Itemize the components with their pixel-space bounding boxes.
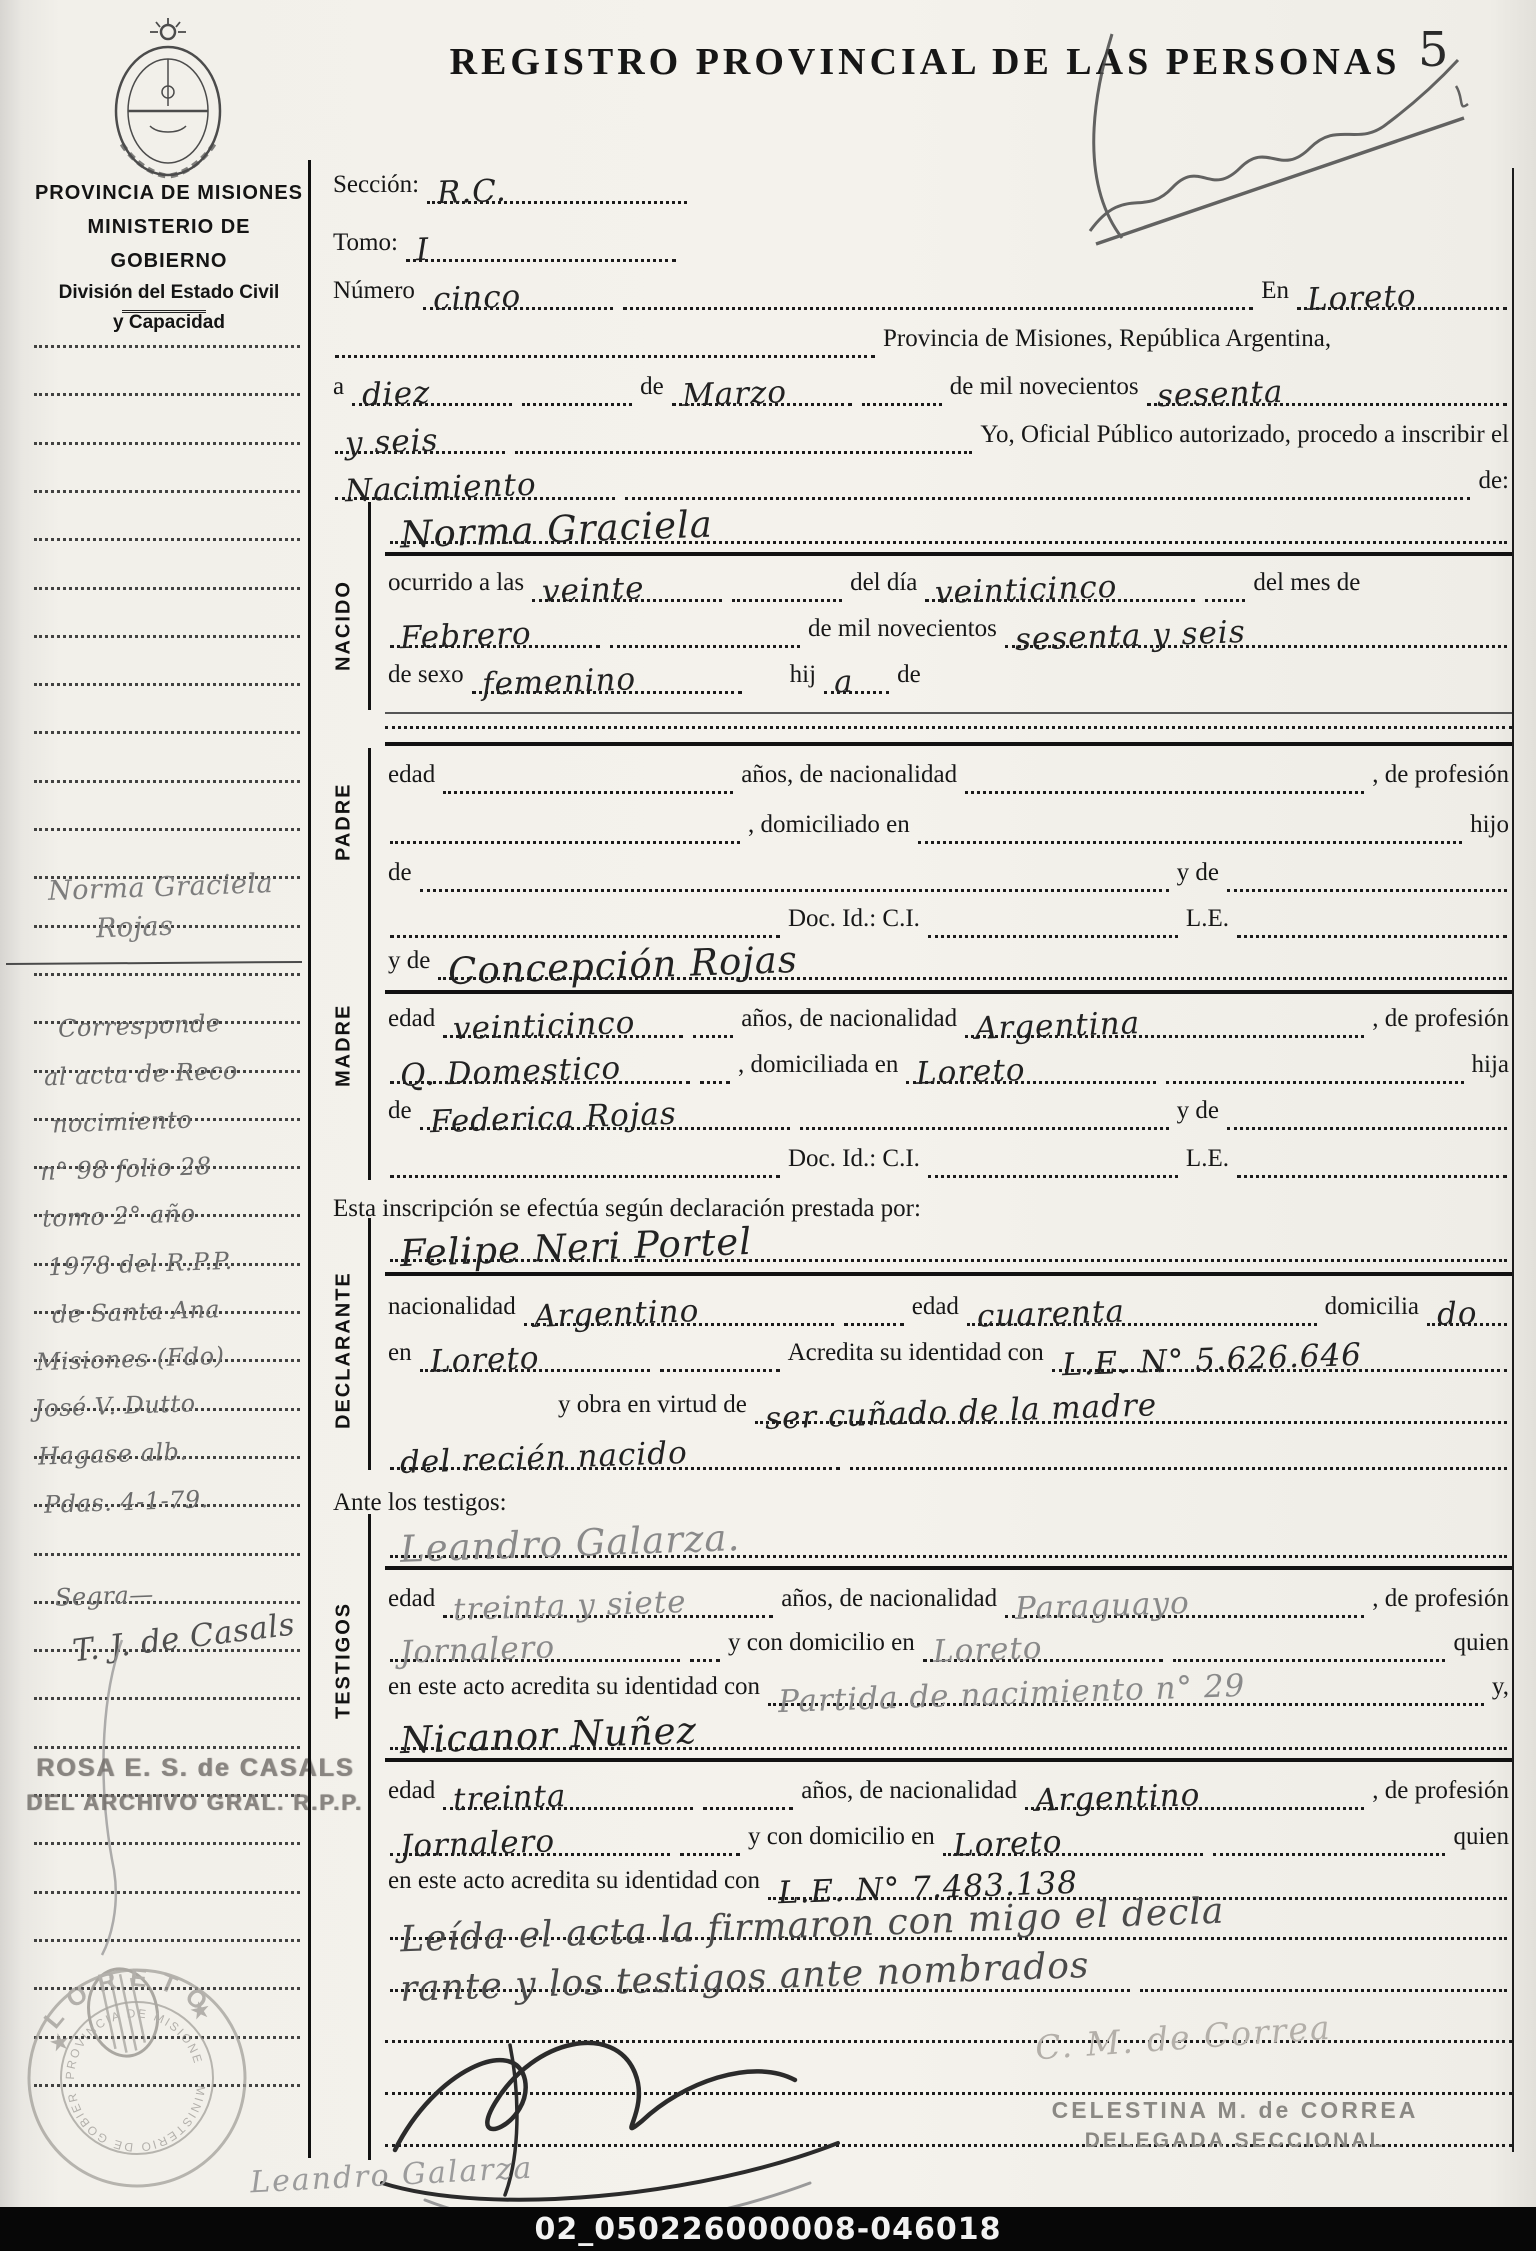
tomo-field: I [406, 228, 676, 262]
numero-field: cinco [423, 276, 613, 310]
section-label-padre: PADRE [326, 752, 362, 892]
row-madre-nombre: y de Concepción Rojas [385, 938, 1512, 980]
margin-note: Segra— [55, 1580, 155, 1611]
dotted-leader [680, 1851, 740, 1856]
row-testigo2-domicilio: Jornalero y con domicilio en Loreto quie… [385, 1814, 1512, 1856]
scanned-birth-certificate: REGISTRO PROVINCIAL DE LAS PERSONAS 5 PR… [0, 0, 1536, 2251]
testigo1-doc-field: Partida de nacimiento n° 29 [768, 1672, 1484, 1706]
edad-label: edad [385, 762, 438, 788]
archive-stamp-line: ROSA E. S. de CASALS [36, 1754, 354, 1783]
nacionalidad-label: años, de nacionalidad [738, 1006, 960, 1032]
row-cierre1: Leída el acta la firmaron con migo el de… [385, 1898, 1512, 1940]
dotted-leader [1166, 1079, 1463, 1084]
acredita-label: Acredita su identidad con [785, 1340, 1047, 1366]
row-padre-doc: Doc. Id.: C.I. L.E. [385, 896, 1512, 938]
hij-field: a [824, 660, 889, 694]
row-nombre-nacido: Norma Graciela [385, 502, 1512, 544]
le-label: L.E. [1183, 1146, 1232, 1172]
row-padre-edad: edad años, de nacionalidad , de profesió… [385, 752, 1512, 794]
margin-ruled-line [34, 442, 300, 445]
divider [122, 310, 206, 313]
margin-ruled-line [34, 490, 300, 493]
nombre-field: Norma Graciela [390, 504, 1507, 544]
acto-field: Nacimiento [335, 466, 615, 500]
svg-text:PROVINCIA DE MISIONES: PROVINCIA DE MISIONES [0, 1923, 206, 2108]
dotted-leader [1213, 1851, 1446, 1856]
org-line: MINISTERIO DE GOBIERNO [26, 210, 312, 278]
dotted-leader [515, 449, 972, 454]
section-bracket [368, 1218, 371, 1470]
domicilio-label: , domiciliado en [745, 812, 913, 838]
testigo2-domicilio-field: Loreto [943, 1822, 1203, 1856]
testigo2-nombre-field: Nicanor Nuñez [390, 1710, 1507, 1750]
dotted-leader [610, 643, 800, 648]
nombre-nacido: Norma Graciela [399, 506, 713, 554]
madre-edad-field: veinticinco [443, 1004, 683, 1038]
numero-label: Número [330, 278, 418, 304]
testigo2-profesion-field: Jornalero [390, 1822, 670, 1856]
dia-value: diez [362, 378, 431, 411]
margin-ruled-lines [34, 345, 300, 2135]
mes-value: Marzo [681, 377, 787, 412]
virtud2-field: del recién nacido [390, 1436, 840, 1470]
dotted-leader [1237, 1173, 1507, 1178]
row-padre-domicilio: , domiciliado en hijo [385, 802, 1512, 844]
row-fecha: a diez de Marzo de mil novecientos sesen… [330, 364, 1512, 406]
heavy-rule [385, 742, 1512, 746]
doc-label: Doc. Id.: C.I. [785, 906, 923, 932]
scan-code-bar: 02_050226000008-046018 [0, 2207, 1536, 2251]
anio-nac-value: sesenta y seis [1014, 617, 1246, 656]
declarante-nacionalidad-field: Argentino [524, 1292, 834, 1326]
row-provincia: Provincia de Misiones, República Argenti… [330, 316, 1512, 358]
testigo2-nacionalidad-field: Argentino [1025, 1776, 1364, 1810]
row-testigo2-doc: en este acto acredita su identidad con L… [385, 1858, 1512, 1900]
abuela-field: Federica Rojas [420, 1096, 790, 1130]
dotted-leader [928, 1173, 1178, 1178]
margin-note: José V. Dutto [34, 1389, 196, 1423]
hora-value: veinte [542, 573, 646, 608]
margin-note: Hagase alb. [38, 1437, 188, 1470]
domicilia-sufijo: do [1436, 1298, 1478, 1330]
domicilio-label: , domiciliada en [735, 1052, 901, 1078]
virtud-field: ser cuñado de la madre [755, 1390, 1507, 1424]
nacionalidad-label: nacionalidad [385, 1294, 519, 1320]
en-label: en [385, 1340, 415, 1366]
nacionalidad-label: años, de nacionalidad [778, 1586, 1000, 1612]
edad-label: edad [385, 1778, 438, 1804]
row-madre-edad: edad veinticinco años, de nacionalidad A… [385, 996, 1512, 1038]
dotted-leader [623, 305, 1253, 310]
domicilia-sufijo-field: do [1427, 1292, 1507, 1326]
margin-ruled-line [34, 345, 300, 348]
declarante-nombre: Felipe Neri Portel [399, 1223, 752, 1272]
margin-ruled-line [34, 1746, 300, 1749]
dotted-leader [443, 789, 733, 794]
dotted-leader [390, 1173, 780, 1178]
nacionalidad-label: años, de nacionalidad [798, 1778, 1020, 1804]
dotted-leader [1173, 1657, 1446, 1662]
section-label-nacido: NACIDO [326, 556, 362, 696]
y-de-label: y de [1174, 1098, 1222, 1124]
virtud-label: y obra en virtud de [555, 1392, 750, 1418]
testigo1-edad-field: treinta y siete [443, 1584, 773, 1618]
lugar-field: Loreto [1297, 276, 1507, 310]
testigo2-edad: treinta [453, 1781, 567, 1816]
seccion-label: Sección: [330, 172, 422, 198]
issuing-office-block: PROVINCIA DE MISIONES MINISTERIO DE GOBI… [26, 176, 312, 338]
cierre1-field: Leída el acta la firmaron con migo el de… [390, 1901, 1507, 1940]
dotted-leader [335, 353, 875, 358]
row-declarante-datos: nacionalidad Argentino edad cuarenta dom… [385, 1284, 1512, 1326]
dotted-leader [965, 789, 1364, 794]
dotted-leader [800, 1125, 1169, 1130]
margin-note: Corresponde [58, 1009, 222, 1043]
margin-ruled-line [34, 1939, 300, 1942]
margin-ruled-line [34, 731, 300, 734]
margin-note: Pdas. 4-1-79. [44, 1485, 210, 1519]
madre-nacionalidad-field: Argentina [965, 1004, 1364, 1038]
row-testigo2-nombre: Nicanor Nuñez [385, 1708, 1512, 1750]
margin-note: nocimiento [52, 1106, 193, 1139]
section-label-declarante: DECLARANTE [326, 1240, 362, 1460]
hijo-label: hijo [1467, 812, 1512, 838]
official-round-seal: ★ ★ LORETO PROVINCIA DE MISIONES MINISTE… [0, 1945, 280, 2225]
margin-ruled-line [34, 587, 300, 590]
dotted-leader [862, 401, 942, 406]
testigo2-domicilio: Loreto [952, 1827, 1063, 1862]
madre-nombre: Concepción Rojas [448, 941, 799, 990]
provincia-text: Provincia de Misiones, República Argenti… [880, 326, 1334, 352]
form-right-border [1512, 168, 1514, 2152]
declarante-edad: cuarenta [976, 1296, 1125, 1332]
acto-label: en este acto acredita su identidad con [385, 1674, 763, 1700]
dotted-leader [850, 1465, 1507, 1470]
heavy-rule [385, 1272, 1512, 1276]
margin-note: tomo 2° año [42, 1199, 196, 1232]
dotted-leader [660, 1367, 780, 1372]
divider [385, 726, 1512, 729]
margin-ruled-line [34, 393, 300, 396]
doc-label: Doc. Id.: C.I. [785, 1146, 923, 1172]
row-padre-abuelos: de y de [385, 850, 1512, 892]
edad-label: edad [385, 1586, 438, 1612]
row-virtud2: del recién nacido [385, 1428, 1512, 1470]
madre-nombre-field: Concepción Rojas [438, 940, 1507, 980]
row-madre-doc: Doc. Id.: C.I. L.E. [385, 1136, 1512, 1178]
section-label-madre: MADRE [326, 960, 362, 1130]
anio2-value: y seis [344, 425, 438, 459]
testigo1-nombre: Leandro Galarza. [399, 1519, 740, 1568]
dotted-leader [918, 839, 1462, 844]
heavy-rule [385, 552, 1512, 556]
margin-ruled-line [34, 1891, 300, 1894]
section-bracket [368, 748, 371, 938]
row-testigo1-datos: edad treinta y siete años, de nacionalid… [385, 1576, 1512, 1618]
margin-ruled-line [34, 973, 300, 976]
anio2-field: y seis [335, 420, 505, 454]
heavy-rule [385, 1758, 1512, 1762]
testigo1-nombre-field: Leandro Galarza. [390, 1518, 1507, 1558]
domicilia-label: domicilia [1322, 1294, 1422, 1320]
dia-nac-value: veinticinco [935, 572, 1118, 609]
anio-field: sesenta [1147, 372, 1507, 406]
declarante-documento: L.E. N° 5.626.646 [1061, 1340, 1362, 1381]
lugar-value: Loreto [1306, 281, 1417, 316]
ocurrido-label: ocurrido a las [385, 570, 527, 596]
row-nacimiento-mes: Febrero de mil novecientos sesenta y sei… [385, 606, 1512, 648]
row-virtud: y obra en virtud de ser cuñado de la mad… [385, 1382, 1512, 1424]
numero-value: cinco [432, 281, 521, 315]
row-acto: Nacimiento de: [330, 458, 1512, 500]
sexo-value: femenino [481, 664, 636, 700]
dotted-leader [1227, 887, 1507, 892]
seal-text: PROVINCIA DE MISIONES [0, 1923, 206, 2108]
row-anio2: y seis Yo, Oficial Público autorizado, p… [330, 412, 1512, 454]
hij-sufijo: a [834, 667, 855, 699]
y-de-label: y de [1174, 860, 1222, 886]
heavy-rule [385, 1566, 1512, 1570]
le-label: L.E. [1183, 906, 1232, 932]
margin-ruled-line [34, 1553, 300, 1556]
madre-edad: veinticinco [453, 1008, 636, 1045]
edad-label: edad [909, 1294, 962, 1320]
testigo2-edad-field: treinta [443, 1776, 693, 1810]
profesion-label: , de profesión [1369, 1006, 1512, 1032]
tomo-value: I [415, 235, 429, 266]
testigo2-nacionalidad: Argentino [1035, 1780, 1201, 1817]
madre-nacionalidad: Argentina [975, 1008, 1141, 1045]
hij-label: hij [787, 662, 819, 688]
mes-nac-value: Febrero [399, 619, 532, 655]
row-madre-domicilio: Q. Domestico , domiciliada en Loreto hij… [385, 1042, 1512, 1084]
row-declarante-domicilio: en Loreto Acredita su identidad con L.E.… [385, 1330, 1512, 1372]
dotted-leader [1140, 1987, 1507, 1992]
profesion-label: , de profesión [1369, 1586, 1512, 1612]
section-label-testigos: TESTIGOS [326, 1560, 362, 1760]
seccion-value: R.C. [437, 176, 508, 209]
quien-label: quien [1450, 1824, 1512, 1850]
stamp-name: CELESTINA M. de CORREA [1020, 2094, 1450, 2126]
declarante-domicilio-field: Loreto [420, 1338, 650, 1372]
dotted-leader [703, 1805, 793, 1810]
dotted-leader [844, 1321, 904, 1326]
abuela-nombre: Federica Rojas [429, 1099, 677, 1139]
domicilio-label: y con domicilio en [745, 1824, 938, 1850]
row-testigo1-domicilio: Jornalero y con domicilio en Loreto quie… [385, 1620, 1512, 1662]
margin-ruled-line [34, 683, 300, 686]
y-de-label: y de [385, 948, 433, 974]
del-dia-label: del día [847, 570, 920, 596]
sexo-field: femenino [472, 660, 742, 694]
testigo1-domicilio-field: Loreto [923, 1628, 1163, 1662]
nacionalidad-label: años, de nacionalidad [738, 762, 960, 788]
dotted-leader [690, 1657, 720, 1662]
form-left-border [308, 160, 311, 2158]
testigo2-nombre: Nicanor Nuñez [399, 1712, 697, 1759]
mil-label: de mil novecientos [947, 374, 1142, 400]
dotted-leader [700, 1079, 730, 1084]
margin-note: de Santa Ana [52, 1295, 221, 1329]
section-bracket [368, 502, 371, 710]
a-label: a [330, 374, 347, 400]
declarante-nacionalidad: Argentino [533, 1296, 699, 1333]
seccion-field: R.C. [427, 170, 687, 204]
testigo1-domicilio: Loreto [932, 1633, 1043, 1668]
anio-nac-field: sesenta y seis [1005, 614, 1507, 648]
declarante-edad-field: cuarenta [967, 1292, 1317, 1326]
margin-ruled-line [34, 635, 300, 638]
profesion-label: , de profesión [1369, 1778, 1512, 1804]
dotted-leader [732, 597, 842, 602]
de-label: de [385, 1098, 415, 1124]
row-seccion: Sección: R.C. [330, 162, 1512, 204]
madre-domicilio: Loreto [916, 1055, 1027, 1090]
scan-code: 02_050226000008-046018 [535, 2212, 1002, 2247]
row-testigo1-doc: en este acto acredita su identidad con P… [385, 1664, 1512, 1706]
dia-nac-field: veinticinco [925, 568, 1195, 602]
margin-ruled-line [34, 538, 300, 541]
margin-ruled-line [34, 1842, 300, 1845]
de-label: de [385, 860, 415, 886]
madre-profesion: Q. Domestico [400, 1053, 622, 1092]
declarante-doc-field: L.E. N° 5.626.646 [1052, 1338, 1507, 1372]
org-line: División del Estado Civil [26, 278, 312, 308]
de-final-label: de: [1475, 468, 1512, 494]
heavy-rule [385, 990, 1512, 994]
mes-field: Marzo [672, 372, 852, 406]
row-numero: Número cinco En Loreto [330, 268, 1512, 310]
dotted-leader [420, 887, 1169, 892]
testigo1-profesion-field: Jornalero [390, 1628, 680, 1662]
cierre-linea1: Leída el acta la firmaron con migo el de… [400, 1894, 1225, 1959]
margin-note: n° 98 folio 28 [40, 1152, 212, 1186]
mil-label: de mil novecientos [805, 616, 1000, 642]
dotted-leader [625, 495, 1470, 500]
virtud2-texto: del recién nacido [400, 1438, 689, 1479]
org-line: PROVINCIA DE MISIONES [26, 176, 312, 210]
y-label: y, [1489, 1674, 1512, 1700]
acto-label: en este acto acredita su identidad con [385, 1868, 763, 1894]
dotted-leader [1227, 1125, 1507, 1130]
oficial-text: Yo, Oficial Público autorizado, procedo … [977, 422, 1512, 448]
declarante-nombre-field: Felipe Neri Portel [390, 1222, 1507, 1262]
quien-label: quien [1450, 1630, 1512, 1656]
dotted-leader [390, 839, 740, 844]
testigo1-nacionalidad-field: Paraguayo [1005, 1584, 1364, 1618]
testigos-intro: Ante los testigos: [330, 1490, 510, 1516]
de-label: de [637, 374, 667, 400]
de-label: de [894, 662, 924, 688]
margin-ruled-line [34, 828, 300, 831]
row-sexo: de sexo femenino hij a de [385, 652, 1512, 694]
hija-label: hija [1469, 1052, 1513, 1078]
dotted-leader [1205, 597, 1245, 602]
declarante-domicilio: Loreto [429, 1343, 540, 1378]
coat-of-arms-icon [88, 14, 248, 184]
archive-stamp-line: DEL ARCHIVO GRAL. R.P.P. [26, 1790, 363, 1816]
row-declarante-nombre: Felipe Neri Portel [385, 1220, 1512, 1262]
anio-value: sesenta [1156, 377, 1283, 412]
madre-domicilio-field: Loreto [906, 1050, 1156, 1084]
oficial-signature: C. M. de Correa [1034, 2008, 1333, 2068]
profesion-label: , de profesión [1369, 762, 1512, 788]
declaracion-intro: Esta inscripción se efectúa según declar… [330, 1196, 924, 1222]
domicilio-label: y con domicilio en [725, 1630, 918, 1656]
dotted-leader [693, 1033, 733, 1038]
row-testigo1-nombre: Leandro Galarza. [385, 1516, 1512, 1558]
margin-ruled-line [34, 780, 300, 783]
row-nacimiento-hora: ocurrido a las veinte del día veinticinc… [385, 560, 1512, 602]
tomo-label: Tomo: [330, 230, 401, 256]
mes-nac-field: Febrero [390, 614, 600, 648]
official-stamp: CELESTINA M. de CORREA DELEGADA SECCIONA… [1020, 2094, 1450, 2156]
margin-ruled-line [34, 1697, 300, 1700]
margin-note: Rojas [95, 911, 173, 945]
dia-field: diez [352, 372, 512, 406]
row-testigo2-datos: edad treinta años, de nacionalidad Argen… [385, 1768, 1512, 1810]
sexo-label: de sexo [385, 662, 467, 688]
dotted-leader [522, 401, 632, 406]
edad-label: edad [385, 1006, 438, 1032]
del-mes-label: del mes de [1250, 570, 1363, 596]
row-madre-abuelos: de Federica Rojas y de [385, 1088, 1512, 1130]
row-tomo: Tomo: I [330, 220, 1512, 262]
divider [385, 712, 1512, 714]
madre-profesion-field: Q. Domestico [390, 1050, 690, 1084]
hora-field: veinte [532, 568, 722, 602]
stamp-title: DELEGADA SECCIONAL [1020, 2126, 1450, 2156]
en-label: En [1258, 278, 1292, 304]
section-bracket [368, 938, 371, 1180]
